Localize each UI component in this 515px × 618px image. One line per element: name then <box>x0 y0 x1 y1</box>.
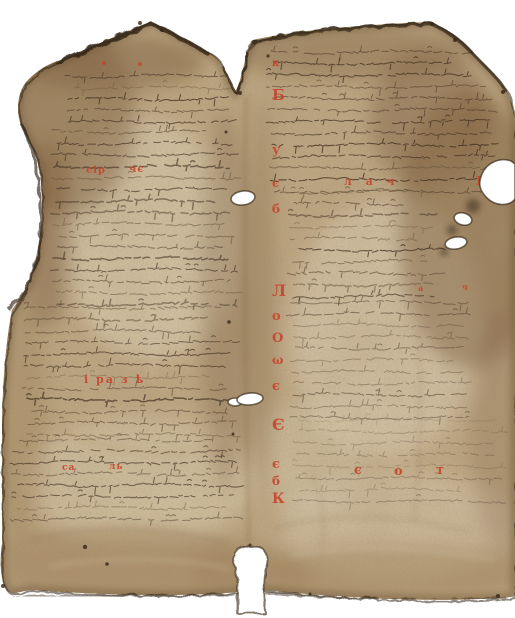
rubric-letter: ль <box>109 462 123 472</box>
rubric-letter: ч <box>462 282 468 292</box>
rubric-letter: К <box>272 491 285 507</box>
rubric-letter: са <box>62 463 75 473</box>
rubric-letter: є <box>354 463 362 478</box>
rubric-letter: л а ч <box>344 175 400 188</box>
rubric-dot <box>102 61 106 65</box>
rubric-letter: б <box>272 202 280 216</box>
rubric-letter: а <box>418 283 423 293</box>
fold-notch-cut <box>233 545 267 613</box>
rubric-letter: є <box>272 379 280 394</box>
rubric-letter: т <box>436 463 444 478</box>
rubric-letter: є <box>272 457 280 472</box>
rubric-letter: Л <box>272 281 286 300</box>
rubric-dot <box>138 62 142 66</box>
rubric-letter: є <box>272 176 279 190</box>
parchment-surface: кБуєбЛоОωєЄєбКл а чБачєотєірчєі ра з ѣса… <box>0 0 515 618</box>
rubric-letter: б <box>272 474 280 488</box>
rubric-letter: о <box>394 464 403 479</box>
rubric-letter: к <box>272 58 280 69</box>
rubric-letter: і ра з ѣ <box>84 373 145 386</box>
rubric-letter: чє <box>129 164 144 175</box>
rubric-letter: у <box>272 143 281 158</box>
manuscript-bifolium: кБуєбЛоОωєЄєбКл а чБачєотєірчєі ра з ѣса… <box>0 0 515 618</box>
rubric-letter: о <box>272 309 281 324</box>
rubric-letter: Є <box>272 415 285 434</box>
manuscript-art: кБуєбЛоОωєЄєбКл а чБачєотєірчєі ра з ѣса… <box>0 0 515 618</box>
rubric-letter: О <box>272 331 283 346</box>
rubric-letter: ω <box>272 353 283 367</box>
rubric-letter: Б <box>272 86 285 104</box>
rubric-letter: єір <box>86 165 106 176</box>
manuscript-photo: кБуєбЛоОωєЄєбКл а чБачєотєірчєі ра з ѣса… <box>0 0 515 618</box>
